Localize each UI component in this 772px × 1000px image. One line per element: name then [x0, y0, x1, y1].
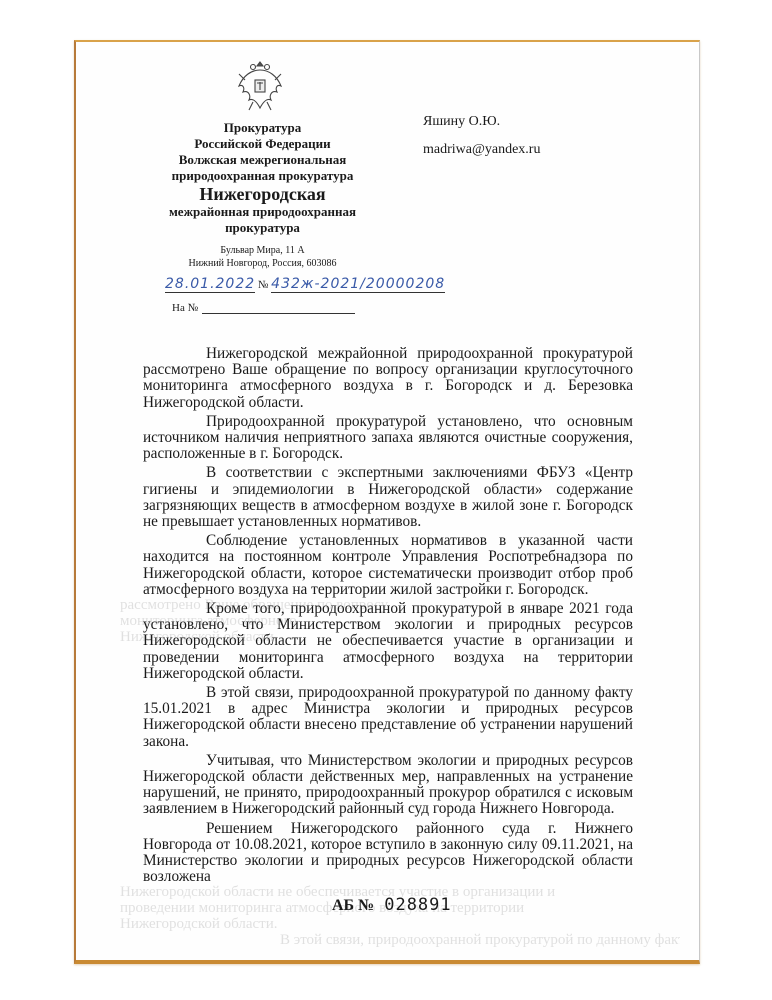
org-main-name: Нижегородская — [150, 184, 375, 204]
recipient-name: Яшину О.Ю. — [423, 108, 540, 136]
recipient-email: madriwa@yandex.ru — [423, 136, 540, 164]
address-street: Бульвар Мира, 11 А — [150, 244, 375, 257]
serial-series-label: АБ № — [332, 897, 374, 914]
org-name-line: Российской Федерации — [150, 136, 375, 152]
show-through-text: В этой связи, природоохранной прокуратур… — [280, 932, 680, 948]
handwritten-date: 28.01.2022 — [165, 276, 255, 293]
org-name-line: Волжская межрегиональная — [150, 152, 375, 168]
org-name-line: Прокуратура — [150, 120, 375, 136]
body-paragraph: Соблюдение установленных нормативов в ук… — [143, 533, 633, 598]
date-number-line: 28.01.2022 № 432ж-2021/20000208 — [165, 276, 445, 292]
show-through-text: Нижегородской области. — [120, 916, 680, 932]
org-name-line: природоохранная прокуратура — [150, 168, 375, 184]
body-paragraph: Учитывая, что Министерством экологии и п… — [143, 753, 633, 818]
body-paragraph: Природоохранной прокуратурой установлено… — [143, 414, 633, 463]
handwritten-number: 432ж-2021/20000208 — [271, 276, 445, 293]
org-sub-line: прокуратура — [150, 220, 375, 236]
reply-label: На № — [172, 302, 198, 314]
number-label: № — [258, 279, 269, 291]
body-paragraph: В этой связи, природоохранной прокуратур… — [143, 685, 633, 750]
address-city: Нижний Новгород, Россия, 603086 — [150, 257, 375, 270]
recipient-block: Яшину О.Ю. madriwa@yandex.ru — [423, 108, 540, 164]
org-sub-line: межрайонная природоохранная — [150, 204, 375, 220]
body-paragraph: Нижегородской межрайонной природоохранно… — [143, 346, 633, 411]
reply-blank — [202, 313, 355, 314]
reply-to-line: На № — [172, 302, 355, 314]
org-address: Бульвар Мира, 11 А Нижний Новгород, Росс… — [150, 244, 375, 270]
letter-body: Нижегородской межрайонной природоохранно… — [143, 346, 633, 889]
form-serial-number: АБ №028891 — [332, 895, 452, 915]
org-main-name-text: Нижегородская — [199, 184, 325, 204]
body-paragraph: Кроме того, природоохранной прокуратурой… — [143, 601, 633, 682]
body-paragraph: Решением Нижегородского районного суда г… — [143, 821, 633, 886]
serial-number: 028891 — [384, 895, 451, 915]
coat-of-arms-icon — [231, 58, 289, 116]
body-paragraph: В соответствии с экспертными заключениям… — [143, 465, 633, 530]
